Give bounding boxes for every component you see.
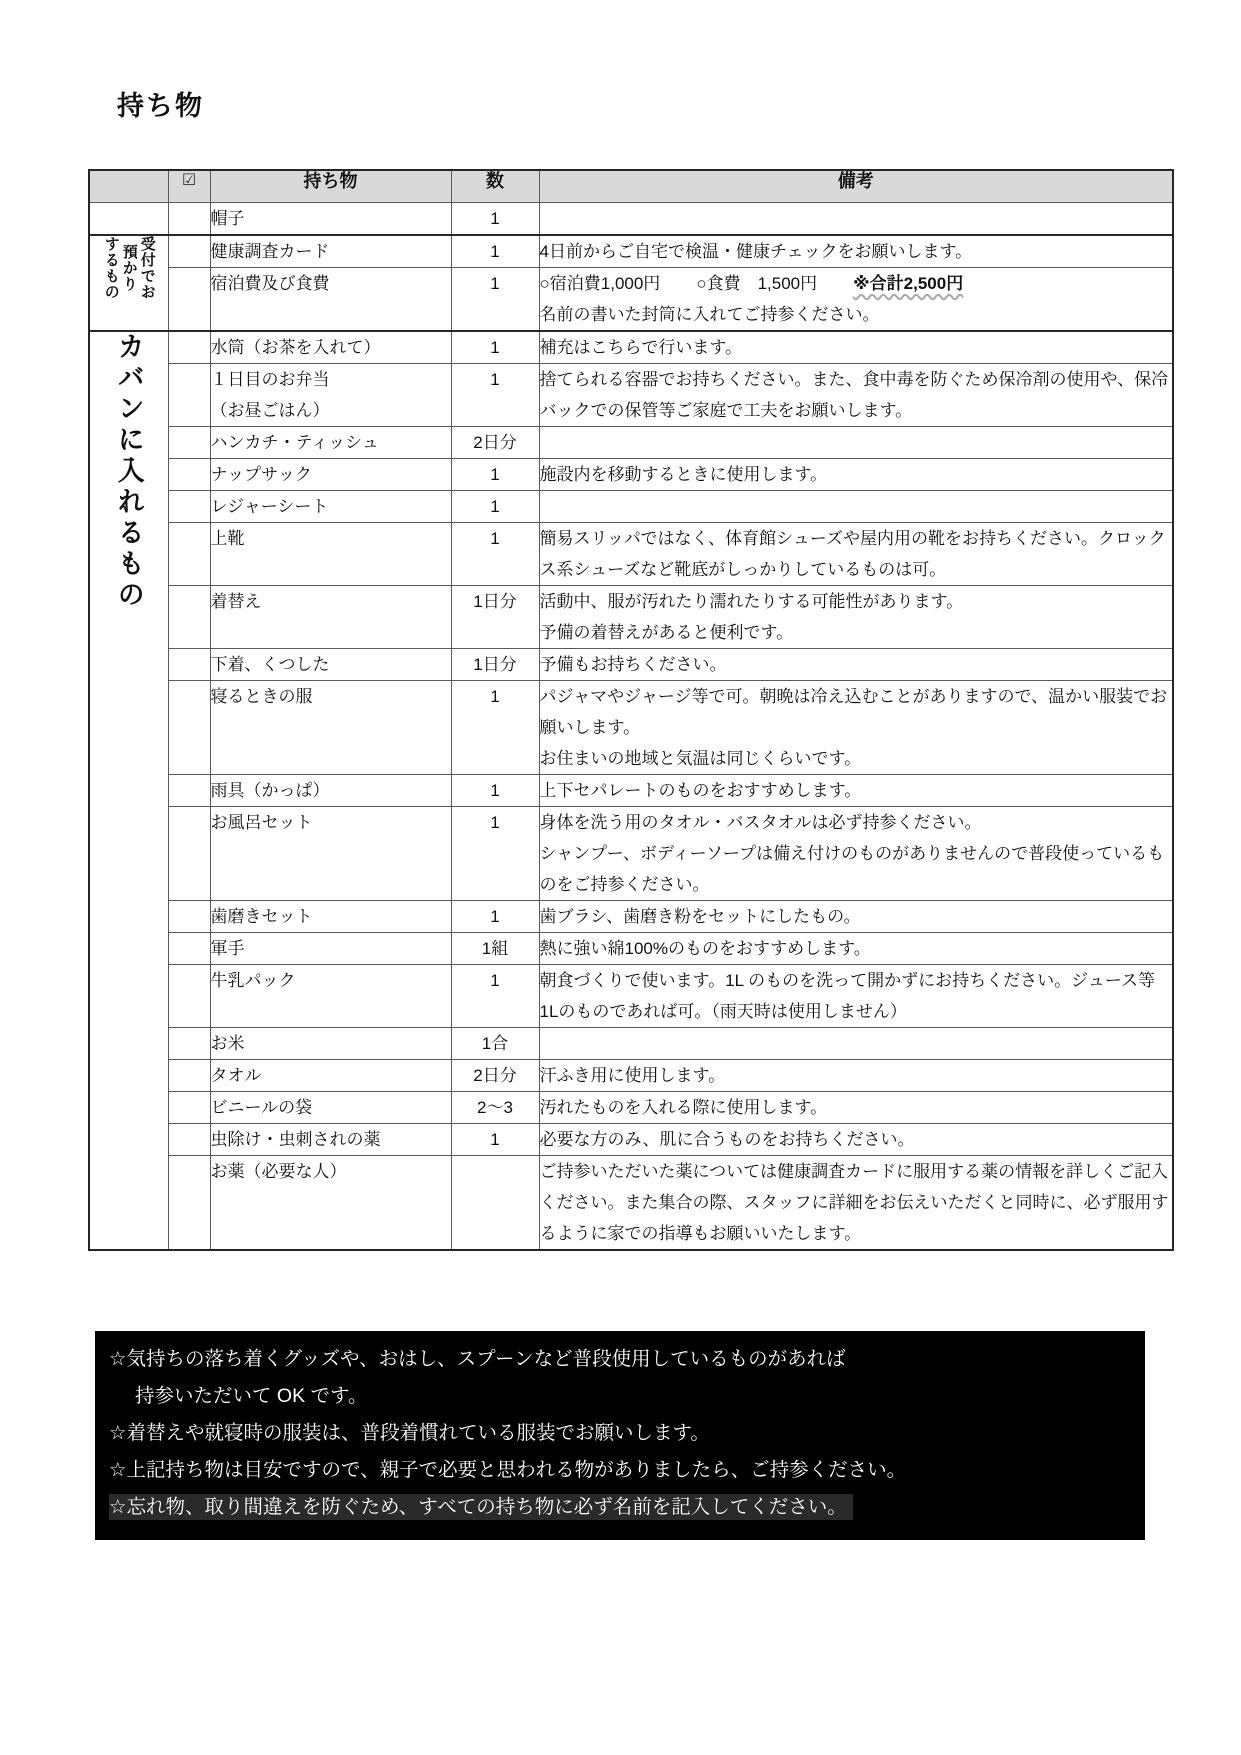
item-cell: お風呂セット — [210, 806, 451, 900]
item-cell: ナップサック — [210, 458, 451, 490]
checkbox-cell — [168, 331, 210, 364]
remark-cell: 歯ブラシ、歯磨き粉をセットにしたもの。 — [539, 900, 1173, 932]
item-cell: ビニールの袋 — [210, 1091, 451, 1123]
table-row: ハンカチ・ティッシュ2日分 — [89, 426, 1173, 458]
checkbox-cell — [168, 202, 210, 235]
checkbox-cell — [168, 267, 210, 331]
checkbox-cell — [168, 235, 210, 268]
remark-cell: 必要な方のみ、肌に合うものをお持ちください。 — [539, 1123, 1173, 1155]
remark-cell: ご持参いただいた薬については健康調査カードに服用する薬の情報を詳しくご記入くださ… — [539, 1155, 1173, 1250]
remarks-header: 備考 — [539, 170, 1173, 202]
remark-cell: 身体を洗う用のタオル・バスタオルは必ず持参ください。シャンプー、ボディーソープは… — [539, 806, 1173, 900]
checkbox-cell — [168, 1123, 210, 1155]
item-cell: タオル — [210, 1059, 451, 1091]
qty-cell: 1 — [451, 235, 539, 268]
qty-cell: 2～3 — [451, 1091, 539, 1123]
checkbox-cell — [168, 1027, 210, 1059]
note-text: 持参いただいて OK です。 — [135, 1385, 367, 1407]
qty-cell: 1 — [451, 774, 539, 806]
item-cell: 下着、くつした — [210, 648, 451, 680]
item-cell: 軍手 — [210, 932, 451, 964]
item-cell: レジャーシート — [210, 490, 451, 522]
checkbox-cell — [168, 964, 210, 1027]
note-line: ☆忘れ物、取り間違えを防ぐため、すべての持ち物に必ず名前を記入してください。 — [109, 1489, 1127, 1526]
checkbox-cell — [168, 522, 210, 585]
qty-cell: 1 — [451, 267, 539, 331]
checkbox-cell — [168, 1091, 210, 1123]
remark-cell: 汗ふき用に使用します。 — [539, 1059, 1173, 1091]
packing-table: ☑ 持ち物 数 備考 帽子1受付でお預かりするもの健康調査カード14日前からご自… — [88, 169, 1174, 1251]
remark-cell: 朝食づくりで使います。1L のものを洗って開かずにお持ちください。ジュース等1L… — [539, 964, 1173, 1027]
item-cell: 上靴 — [210, 522, 451, 585]
note-line: ☆着替えや就寝時の服装は、普段着慣れている服装でお願いします。 — [109, 1415, 1127, 1452]
qty-cell — [451, 1155, 539, 1250]
qty-cell: 1 — [451, 363, 539, 426]
page-title: 持ち物 — [117, 84, 1241, 123]
checkbox-cell — [168, 806, 210, 900]
item-cell: お薬（必要な人） — [210, 1155, 451, 1250]
checkbox-header-icon: ☑ — [168, 170, 210, 202]
remark-cell: 熱に強い綿100%のものをおすすめします。 — [539, 932, 1173, 964]
qty-cell: 1 — [451, 680, 539, 774]
table-row: 上靴1簡易スリッパではなく、体育館シューズや屋内用の靴をお持ちください。クロック… — [89, 522, 1173, 585]
note-text: ☆着替えや就寝時の服装は、普段着慣れている服装でお願いします。 — [109, 1422, 710, 1444]
item-cell: 健康調査カード — [210, 235, 451, 268]
note-text: ☆気持ちの落ち着くグッズや、おはし、スプーンなど普段使用しているものがあれば — [109, 1348, 846, 1370]
remark-cell — [539, 1027, 1173, 1059]
qty-cell: 1 — [451, 964, 539, 1027]
table-row: 下着、くつした1日分予備もお持ちください。 — [89, 648, 1173, 680]
qty-cell: 1 — [451, 202, 539, 235]
remark-cell: ○宿泊費1,000円○食費 1,500円※合計2,500円名前の書いた封筒に入れ… — [539, 267, 1173, 331]
table-row: 受付でお預かりするもの健康調査カード14日前からご自宅で検温・健康チェックをお願… — [89, 235, 1173, 268]
qty-cell: 1 — [451, 522, 539, 585]
remark-cell: 施設内を移動するときに使用します。 — [539, 458, 1173, 490]
section-label-blank — [89, 202, 168, 235]
qty-cell: 1日分 — [451, 648, 539, 680]
remark-cell: 上下セパレートのものをおすすめします。 — [539, 774, 1173, 806]
note-highlighted-text: ☆忘れ物、取り間違えを防ぐため、すべての持ち物に必ず名前を記入してください。 — [109, 1494, 853, 1520]
section-label-bag-text: カバンに入れるもの — [114, 332, 144, 611]
table-row: ビニールの袋2～3汚れたものを入れる際に使用します。 — [89, 1091, 1173, 1123]
checkbox-cell — [168, 680, 210, 774]
fee-segment: ○食費 1,500円 — [696, 274, 817, 293]
item-cell: 歯磨きセット — [210, 900, 451, 932]
checkbox-cell — [168, 458, 210, 490]
qty-cell: 1 — [451, 331, 539, 364]
checkbox-cell — [168, 648, 210, 680]
note-line: ☆上記持ち物は目安ですので、親子で必要と思われる物がありましたら、ご持参ください… — [109, 1452, 1127, 1489]
item-cell: 帽子 — [210, 202, 451, 235]
table-row: 牛乳パック1朝食づくりで使います。1L のものを洗って開かずにお持ちください。ジ… — [89, 964, 1173, 1027]
note-line: 持参いただいて OK です。 — [109, 1378, 1127, 1415]
item-cell: 寝るときの服 — [210, 680, 451, 774]
section-label-reception-text: 受付でお預かりするもの — [102, 236, 156, 300]
table-row: 軍手1組熱に強い綿100%のものをおすすめします。 — [89, 932, 1173, 964]
qty-cell: 1 — [451, 900, 539, 932]
table-header-row: ☑ 持ち物 数 備考 — [89, 170, 1173, 202]
table-row: 寝るときの服1パジャマやジャージ等で可。朝晩は冷え込むことがありますので、温かい… — [89, 680, 1173, 774]
item-cell: 牛乳パック — [210, 964, 451, 1027]
remark-cell: 活動中、服が汚れたり濡れたりする可能性があります。予備の着替えがあると便利です。 — [539, 585, 1173, 648]
table-row: タオル2日分汗ふき用に使用します。 — [89, 1059, 1173, 1091]
total-amount: ※合計2,500円 — [853, 274, 963, 293]
checkbox-cell — [168, 490, 210, 522]
qty-cell: 1組 — [451, 932, 539, 964]
item-cell: １日目のお弁当（お昼ごはん） — [210, 363, 451, 426]
checkbox-cell — [168, 363, 210, 426]
item-cell: 虫除け・虫刺されの薬 — [210, 1123, 451, 1155]
checkbox-cell — [168, 426, 210, 458]
table-row: 宿泊費及び食費1○宿泊費1,000円○食費 1,500円※合計2,500円名前の… — [89, 267, 1173, 331]
checkbox-cell — [168, 900, 210, 932]
note-text: ☆上記持ち物は目安ですので、親子で必要と思われる物がありましたら、ご持参ください… — [109, 1459, 906, 1481]
checkbox-cell — [168, 1155, 210, 1250]
item-header: 持ち物 — [210, 170, 451, 202]
qty-cell: 1 — [451, 490, 539, 522]
section-label-header-cell — [89, 170, 168, 202]
table-row: 帽子1 — [89, 202, 1173, 235]
qty-cell: 1 — [451, 806, 539, 900]
table-row: お風呂セット1身体を洗う用のタオル・バスタオルは必ず持参ください。シャンプー、ボ… — [89, 806, 1173, 900]
remark-cell: 4日前からご自宅で検温・健康チェックをお願いします。 — [539, 235, 1173, 268]
item-cell: 雨具（かっぱ） — [210, 774, 451, 806]
remark-cell: 汚れたものを入れる際に使用します。 — [539, 1091, 1173, 1123]
qty-header: 数 — [451, 170, 539, 202]
table-row: お米1合 — [89, 1027, 1173, 1059]
table-row: ナップサック1施設内を移動するときに使用します。 — [89, 458, 1173, 490]
table-row: お薬（必要な人）ご持参いただいた薬については健康調査カードに服用する薬の情報を詳… — [89, 1155, 1173, 1250]
qty-cell: 2日分 — [451, 1059, 539, 1091]
item-cell: 水筒（お茶を入れて） — [210, 331, 451, 364]
remark-cell — [539, 426, 1173, 458]
remark-cell — [539, 202, 1173, 235]
table-row: 歯磨きセット1歯ブラシ、歯磨き粉をセットにしたもの。 — [89, 900, 1173, 932]
table-row: カバンに入れるもの水筒（お茶を入れて）1補充はこちらで行います。 — [89, 331, 1173, 364]
table-row: １日目のお弁当（お昼ごはん）1捨てられる容器でお持ちください。また、食中毒を防ぐ… — [89, 363, 1173, 426]
checkbox-cell — [168, 774, 210, 806]
notes-box: ☆気持ちの落ち着くグッズや、おはし、スプーンなど普段使用しているものがあれば持参… — [95, 1331, 1145, 1540]
remark-cell: 簡易スリッパではなく、体育館シューズや屋内用の靴をお持ちください。クロックス系シ… — [539, 522, 1173, 585]
remark-cell — [539, 490, 1173, 522]
qty-cell: 2日分 — [451, 426, 539, 458]
item-cell: ハンカチ・ティッシュ — [210, 426, 451, 458]
item-cell: お米 — [210, 1027, 451, 1059]
remark-cell: 予備もお持ちください。 — [539, 648, 1173, 680]
remark-cell: 補充はこちらで行います。 — [539, 331, 1173, 364]
section-label-bag: カバンに入れるもの — [89, 331, 168, 1250]
table-row: レジャーシート1 — [89, 490, 1173, 522]
checkbox-cell — [168, 1059, 210, 1091]
table-row: 着替え1日分活動中、服が汚れたり濡れたりする可能性があります。予備の着替えがある… — [89, 585, 1173, 648]
note-line: ☆気持ちの落ち着くグッズや、おはし、スプーンなど普段使用しているものがあれば — [109, 1341, 1127, 1378]
qty-cell: 1日分 — [451, 585, 539, 648]
packing-table-body: 帽子1受付でお預かりするもの健康調査カード14日前からご自宅で検温・健康チェック… — [89, 202, 1173, 1250]
table-row: 虫除け・虫刺されの薬1必要な方のみ、肌に合うものをお持ちください。 — [89, 1123, 1173, 1155]
table-row: 雨具（かっぱ）1上下セパレートのものをおすすめします。 — [89, 774, 1173, 806]
qty-cell: 1 — [451, 458, 539, 490]
document-page: 持ち物 ☑ 持ち物 数 備考 帽子1受付でお預かりするもの健康調査カード14日前… — [0, 0, 1241, 1755]
checkbox-cell — [168, 585, 210, 648]
qty-cell: 1 — [451, 1123, 539, 1155]
remark-cell: 捨てられる容器でお持ちください。また、食中毒を防ぐため保冷剤の使用や、保冷バック… — [539, 363, 1173, 426]
item-cell: 着替え — [210, 585, 451, 648]
remark-cell: パジャマやジャージ等で可。朝晩は冷え込むことがありますので、温かい服装でお願いし… — [539, 680, 1173, 774]
checkbox-cell — [168, 932, 210, 964]
fee-segment: ○宿泊費1,000円 — [540, 274, 661, 293]
qty-cell: 1合 — [451, 1027, 539, 1059]
item-cell: 宿泊費及び食費 — [210, 267, 451, 331]
section-label-reception: 受付でお預かりするもの — [89, 235, 168, 331]
